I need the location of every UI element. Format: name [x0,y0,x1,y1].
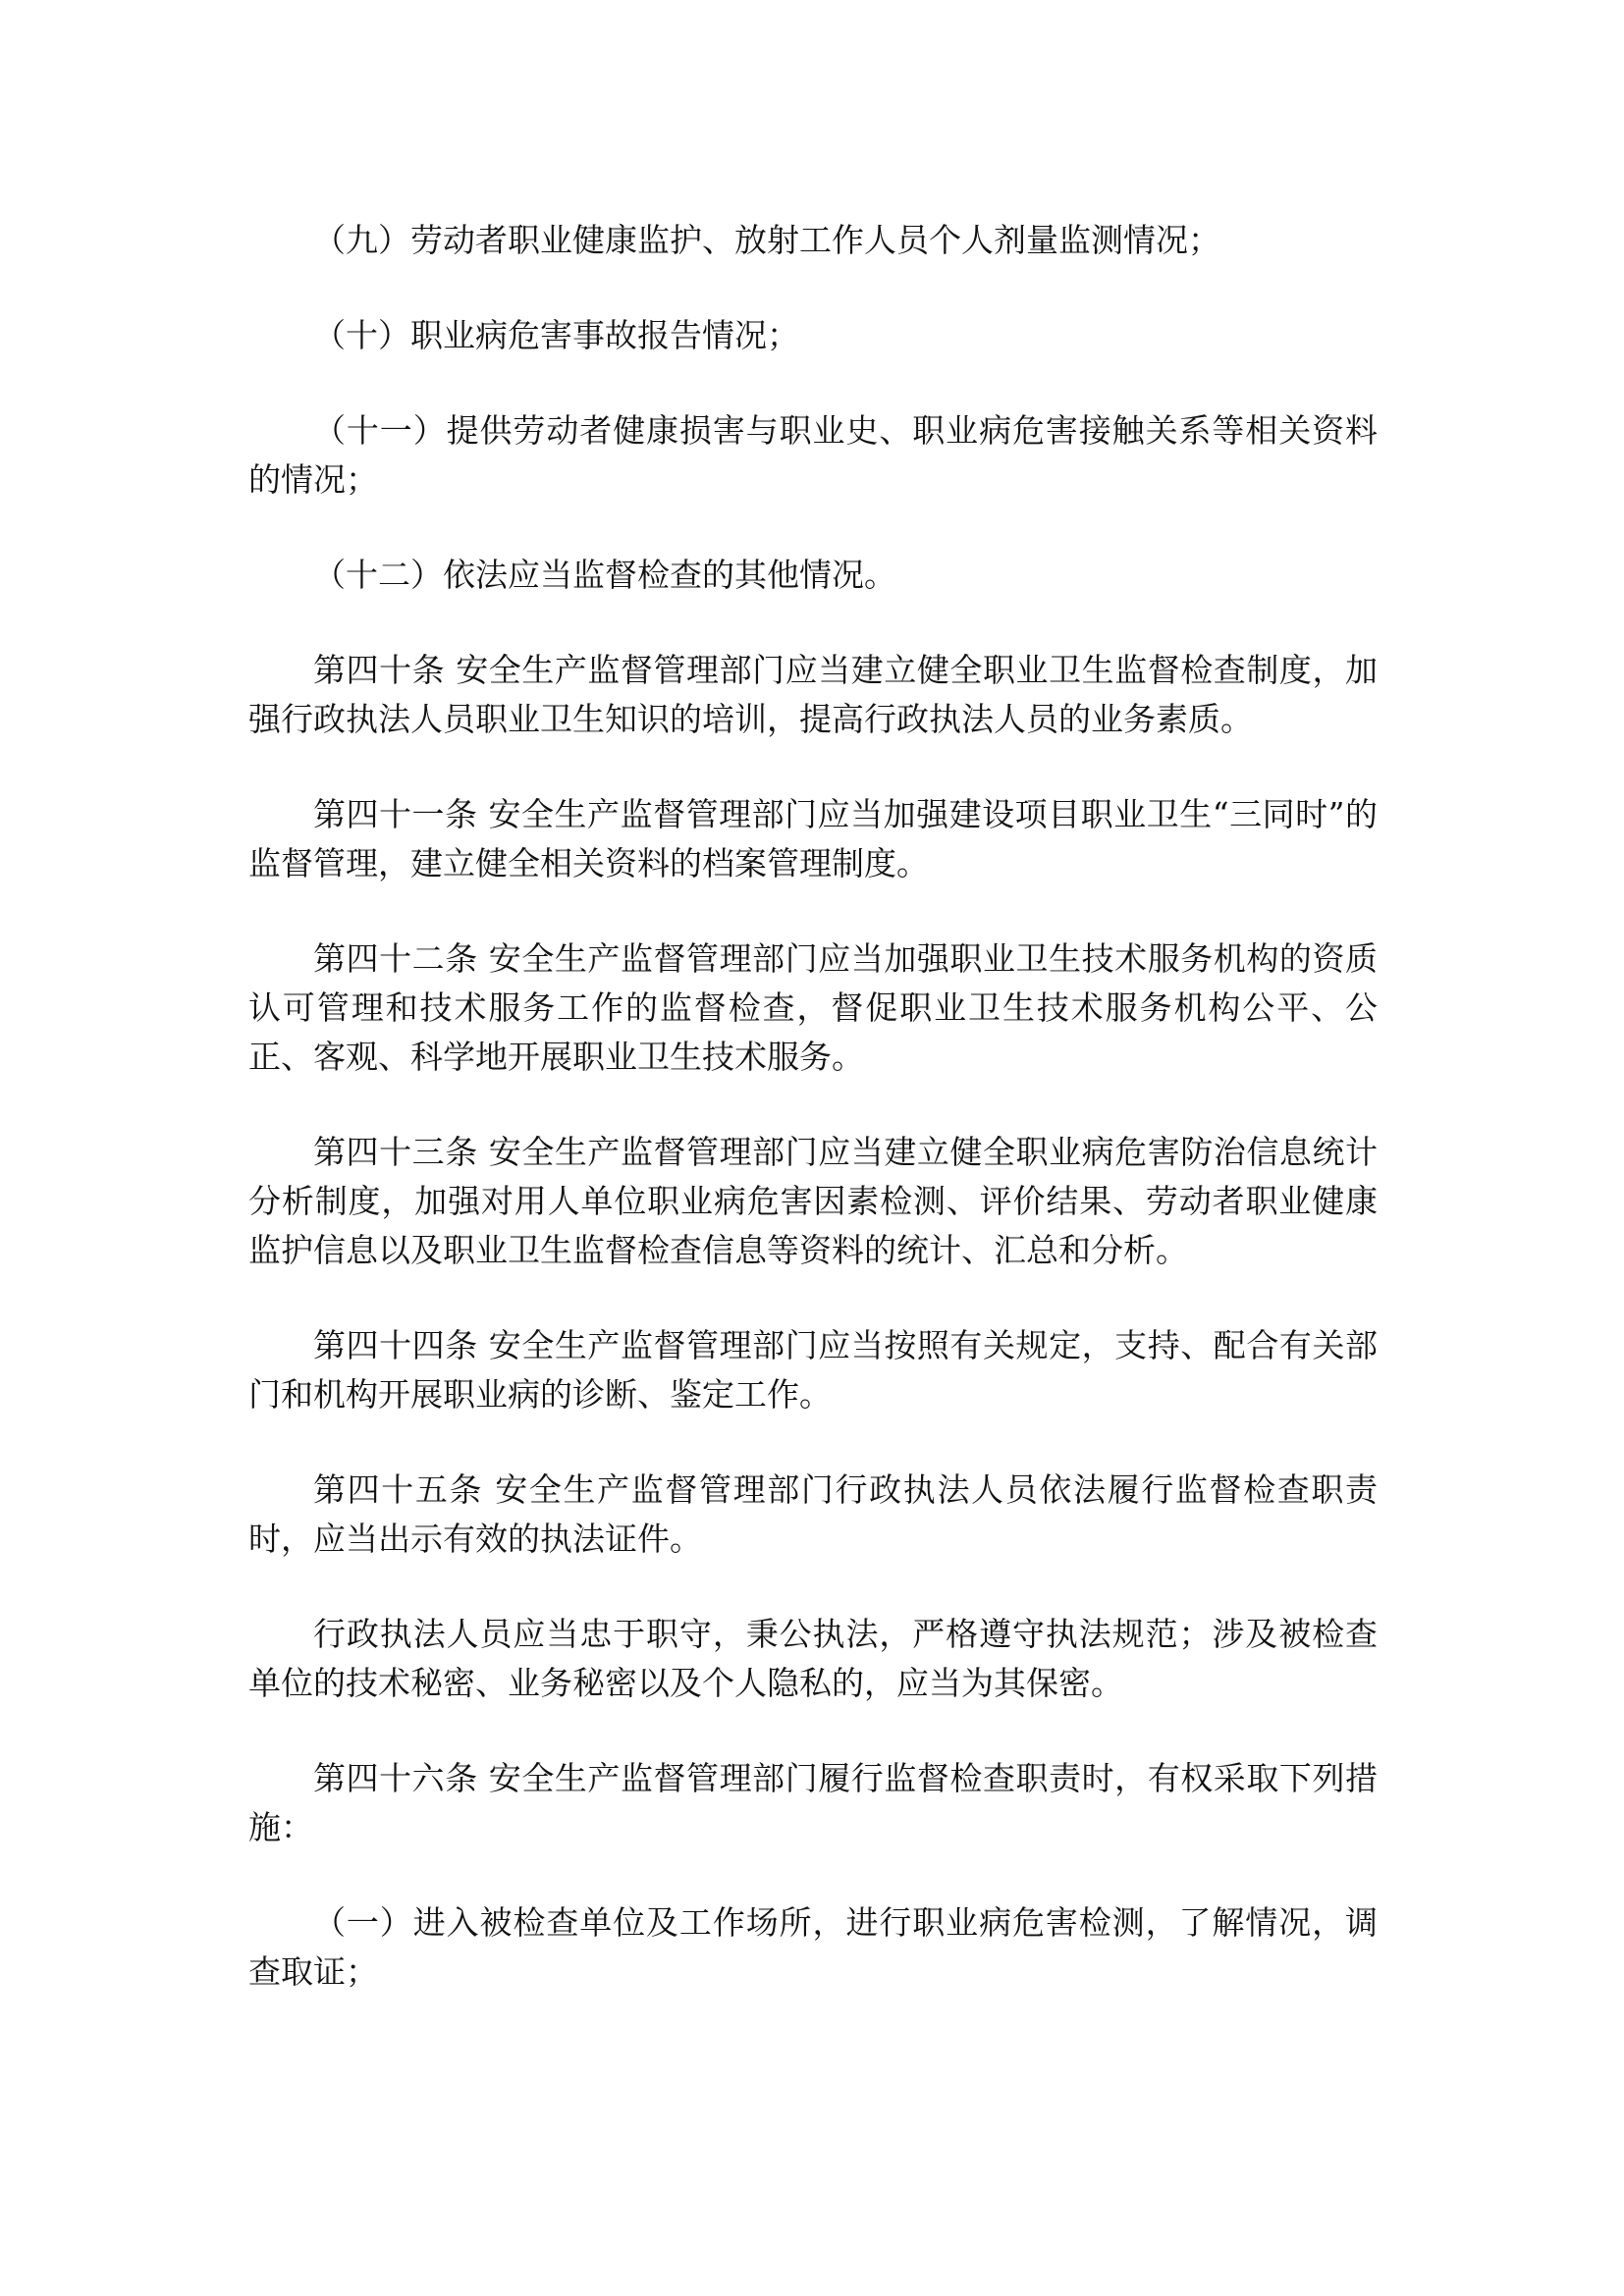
document-page: （九）劳动者职业健康监护、放射工作人员个人剂量监测情况； （十）职业病危害事故报… [248,216,1378,2043]
article-46: 第四十六条 安全生产监督管理部门履行监督检查职责时，有权采取下列措施： [248,1754,1378,1852]
list-item-9: （九）劳动者职业健康监护、放射工作人员个人剂量监测情况； [248,216,1378,265]
article-44: 第四十四条 安全生产监督管理部门应当按照有关规定，支持、配合有关部门和机构开展职… [248,1321,1378,1419]
article-43: 第四十三条 安全生产监督管理部门应当建立健全职业病危害防治信息统计分析制度，加强… [248,1128,1378,1275]
article-45-clause-2: 行政执法人员应当忠于职守，秉公执法，严格遵守执法规范；涉及被检查单位的技术秘密、… [248,1610,1378,1708]
list-item-1: （一）进入被检查单位及工作场所，进行职业病危害检测，了解情况，调查取证； [248,1898,1378,1997]
list-item-11: （十一）提供劳动者健康损害与职业史、职业病危害接触关系等相关资料的情况； [248,406,1378,505]
article-42: 第四十二条 安全生产监督管理部门应当加强职业卫生技术服务机构的资质认可管理和技术… [248,934,1378,1082]
article-45: 第四十五条 安全生产监督管理部门行政执法人员依法履行监督检查职责时，应当出示有效… [248,1466,1378,1564]
list-item-10: （十）职业病危害事故报告情况； [248,311,1378,360]
article-40: 第四十条 安全生产监督管理部门应当建立健全职业卫生监督检查制度，加强行政执法人员… [248,646,1378,744]
article-41: 第四十一条 安全生产监督管理部门应当加强建设项目职业卫生“三同时”的监督管理，建… [248,790,1378,888]
list-item-12: （十二）依法应当监督检查的其他情况。 [248,551,1378,600]
